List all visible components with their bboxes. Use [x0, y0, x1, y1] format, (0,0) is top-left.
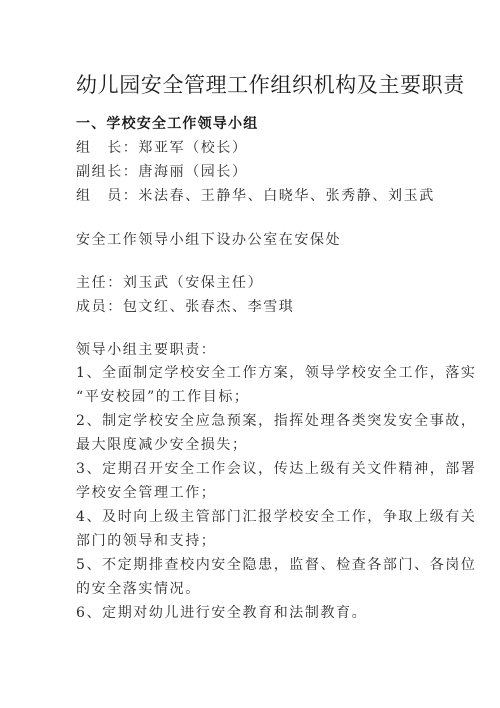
office-director-label: 主任： — [76, 275, 123, 291]
duty-line: 最大限度减少安全损失； — [76, 435, 248, 455]
section-heading-leadership-group: 一、学校安全工作领导小组 — [76, 114, 258, 134]
members-label: 组 员： — [76, 188, 138, 204]
duty-line: 5、不定期排查校内安全隐患，监督、检查各部门、各岗位 — [76, 555, 477, 575]
document-page: 幼儿园安全管理工作组织机构及主要职责 一、学校安全工作领导小组 组 长：郑亚军（… — [0, 0, 500, 708]
members-row: 组 员：米法春、王静华、白晓华、张秀静、刘玉武 — [76, 186, 435, 206]
duty-line: 1、全面制定学校安全工作方案，领导学校安全工作，落实 — [76, 363, 477, 383]
deputy-value: 唐海丽（园长） — [138, 164, 247, 180]
office-members-label: 成员： — [76, 299, 123, 315]
duty-line: 4、及时向上级主管部门汇报学校安全工作，争取上级有关 — [76, 507, 477, 527]
deputy-label: 副组长： — [76, 164, 138, 180]
duty-line: 学校安全管理工作； — [76, 483, 216, 503]
duty-line: 部门的领导和支持； — [76, 531, 216, 551]
duty-line: 3、定期召开安全工作会议，传达上级有关文件精神，部署 — [76, 459, 477, 479]
members-value: 米法春、王静华、白晓华、张秀静、刘玉武 — [138, 188, 434, 204]
duty-line: 6、定期对幼儿进行安全教育和法制教育。 — [76, 603, 367, 623]
office-director-value: 刘玉武（安保主任） — [123, 275, 263, 291]
leader-row: 组 长：郑亚军（校长） — [76, 138, 248, 158]
duty-line: “平安校园”的工作目标； — [76, 387, 250, 407]
leader-value: 郑亚军（校长） — [138, 140, 247, 156]
office-members-row: 成员：包文红、张春杰、李雪琪 — [76, 297, 294, 317]
office-members-value: 包文红、张春杰、李雪琪 — [123, 299, 295, 315]
deputy-row: 副组长：唐海丽（园长） — [76, 162, 248, 182]
duty-line: 的安全落实情况。 — [76, 579, 201, 599]
office-director-row: 主任：刘玉武（安保主任） — [76, 273, 263, 293]
duty-line: 2、制定学校安全应急预案，指挥处理各类突发安全事故， — [76, 411, 477, 431]
leader-label: 组 长： — [76, 140, 138, 156]
duties-heading: 领导小组主要职责： — [76, 340, 216, 360]
office-note: 安全工作领导小组下设办公室在安保处 — [76, 230, 341, 250]
document-title: 幼儿园安全管理工作组织机构及主要职责 — [76, 70, 465, 100]
